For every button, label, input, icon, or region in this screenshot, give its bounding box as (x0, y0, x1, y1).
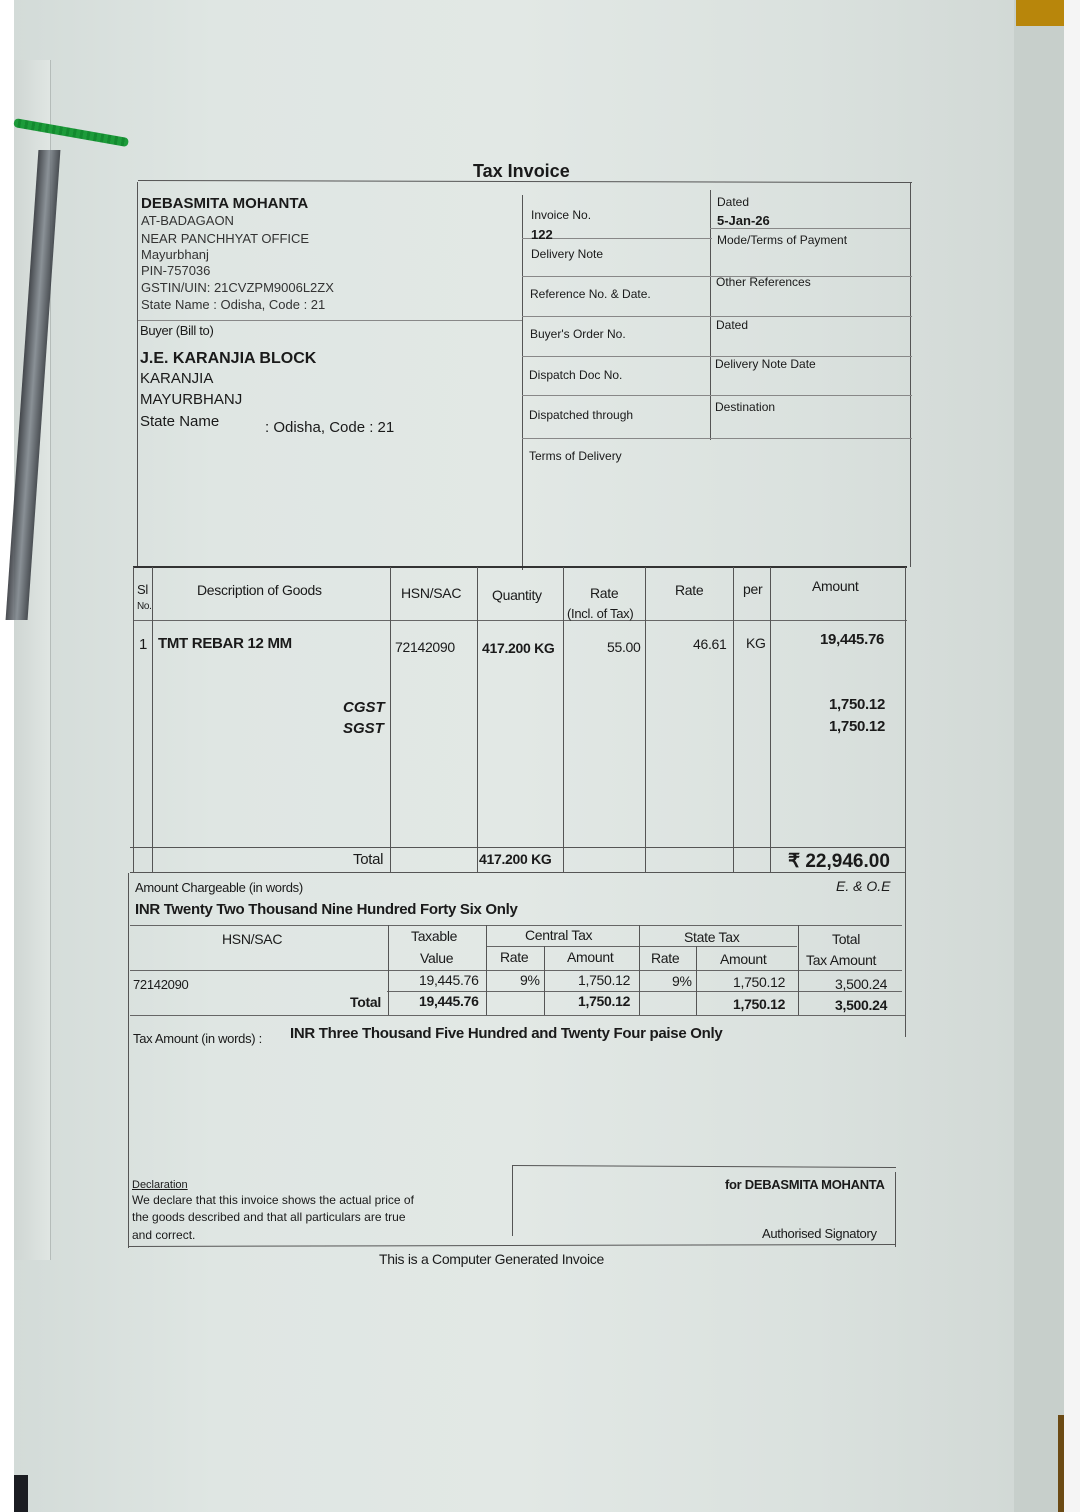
authorised-signatory: Authorised Signatory (762, 1227, 877, 1240)
item-hsn: 72142090 (395, 640, 455, 654)
buyer-label: Buyer (Bill to) (140, 324, 214, 337)
signature-for: for DEBASMITA MOHANTA (725, 1178, 885, 1191)
tax-total-total: 3,500.24 (835, 998, 887, 1012)
seller-address-line: PIN-757036 (141, 264, 210, 277)
tax-col-s-amount: Amount (720, 952, 766, 966)
item-sl: 1 (139, 637, 147, 652)
reference-label: Reference No. & Date. (530, 288, 651, 300)
col-sl: Sl (137, 583, 148, 596)
buyer-state-value: : Odisha, Code : 21 (265, 420, 394, 435)
tax-row-s-rate: 9% (672, 974, 692, 988)
col-rate-incl: Rate (590, 586, 618, 600)
tax-row-hsn: 72142090 (133, 978, 188, 991)
dispatched-through-label: Dispatched through (529, 409, 633, 421)
cgst-amount: 1,750.12 (829, 697, 885, 712)
item-amount: 19,445.76 (820, 632, 884, 647)
item-quantity: 417.200 KG (482, 641, 555, 655)
tax-col-taxable-2: Value (420, 951, 453, 965)
item-rate-incl: 55.00 (607, 640, 641, 654)
sgst-label: SGST (343, 721, 384, 736)
tax-col-central: Central Tax (525, 928, 592, 942)
col-per: per (743, 582, 762, 596)
total-quantity: 417.200 KG (479, 852, 552, 866)
buyer-name: J.E. KARANJIA BLOCK (140, 351, 316, 367)
buyer-address-line: MAYURBHANJ (140, 392, 242, 407)
total-label: Total (353, 852, 383, 867)
footer-note: This is a Computer Generated Invoice (379, 1252, 604, 1266)
tax-col-c-amount: Amount (567, 950, 613, 964)
col-rate: Rate (675, 583, 703, 597)
destination-label: Destination (715, 401, 775, 413)
delivery-note-date-label: Delivery Note Date (715, 358, 816, 370)
terms-of-delivery-label: Terms of Delivery (529, 450, 622, 462)
other-references-label: Other References (716, 276, 811, 288)
invoice-no: 122 (531, 228, 553, 241)
total-amount: ₹ 22,946.00 (788, 852, 890, 871)
tax-total-s-amount: 1,750.12 (733, 997, 785, 1011)
seller-address-line: AT-BADAGAON (141, 214, 234, 227)
buyers-order-label: Buyer's Order No. (530, 328, 626, 340)
tax-col-taxable: Taxable (411, 929, 457, 943)
col-description: Description of Goods (197, 583, 322, 597)
tax-total-label: Total (350, 995, 381, 1009)
col-amount: Amount (812, 579, 858, 593)
seller-address-line: NEAR PANCHHYAT OFFICE (141, 232, 309, 245)
col-rate-incl-2: (Incl. of Tax) (567, 607, 633, 620)
delivery-note-label: Delivery Note (531, 248, 603, 260)
declaration-line: and correct. (132, 1229, 195, 1241)
cgst-label: CGST (343, 700, 385, 715)
dated2-label: Dated (716, 319, 748, 331)
item-per: KG (746, 636, 766, 650)
mode-terms-label: Mode/Terms of Payment (717, 234, 847, 246)
tax-total-c-amount: 1,750.12 (578, 994, 630, 1008)
buyer-address-line: KARANJIA (140, 371, 213, 386)
col-quantity: Quantity (492, 588, 542, 602)
sgst-amount: 1,750.12 (829, 719, 885, 734)
col-sl-2: No. (137, 602, 152, 612)
tax-col-total-2: Tax Amount (806, 953, 876, 967)
tax-row-total: 3,500.24 (835, 977, 887, 991)
amount-words-label: Amount Chargeable (in words) (135, 881, 303, 894)
seller-gstin: GSTIN/UIN: 21CVZPM9006L2ZX (141, 281, 334, 294)
tax-words-label: Tax Amount (in words) : (133, 1032, 262, 1045)
tax-col-c-rate: Rate (500, 950, 528, 964)
seller-address-line: Mayurbhanj (141, 248, 209, 261)
seller-name: DEBASMITA MOHANTA (141, 196, 308, 211)
invoice-title: Tax Invoice (473, 162, 570, 180)
amount-words: INR Twenty Two Thousand Nine Hundred For… (135, 902, 518, 917)
col-hsn: HSN/SAC (401, 586, 461, 600)
declaration-line: the goods described and that all particu… (132, 1211, 406, 1223)
tax-words: INR Three Thousand Five Hundred and Twen… (290, 1026, 722, 1041)
tax-row-c-amount: 1,750.12 (578, 973, 630, 987)
tax-row-taxable: 19,445.76 (419, 973, 479, 987)
tax-col-s-rate: Rate (651, 951, 679, 965)
invoice-no-label: Invoice No. (531, 209, 591, 221)
eoe: E. & O.E (836, 879, 890, 893)
tax-col-state: State Tax (684, 930, 739, 944)
tax-row-c-rate: 9% (520, 973, 540, 987)
invoice-date: 5-Jan-26 (717, 214, 770, 227)
item-rate: 46.61 (693, 637, 727, 651)
tax-invoice: Tax Invoice DEBASMITA MOHANTA AT-BADAGAO… (0, 0, 1080, 1512)
declaration-line: We declare that this invoice shows the a… (132, 1194, 414, 1206)
tax-row-s-amount: 1,750.12 (733, 975, 785, 989)
tax-col-total: Total (832, 932, 860, 946)
declaration-title: Declaration (132, 1180, 188, 1191)
dated-label: Dated (717, 196, 749, 208)
item-description: TMT REBAR 12 MM (158, 636, 292, 651)
seller-state: State Name : Odisha, Code : 21 (141, 298, 325, 311)
buyer-state-label: State Name (140, 414, 219, 429)
tax-total-taxable: 19,445.76 (419, 994, 479, 1008)
dispatch-doc-label: Dispatch Doc No. (529, 369, 622, 381)
tax-col-hsn: HSN/SAC (222, 932, 282, 946)
